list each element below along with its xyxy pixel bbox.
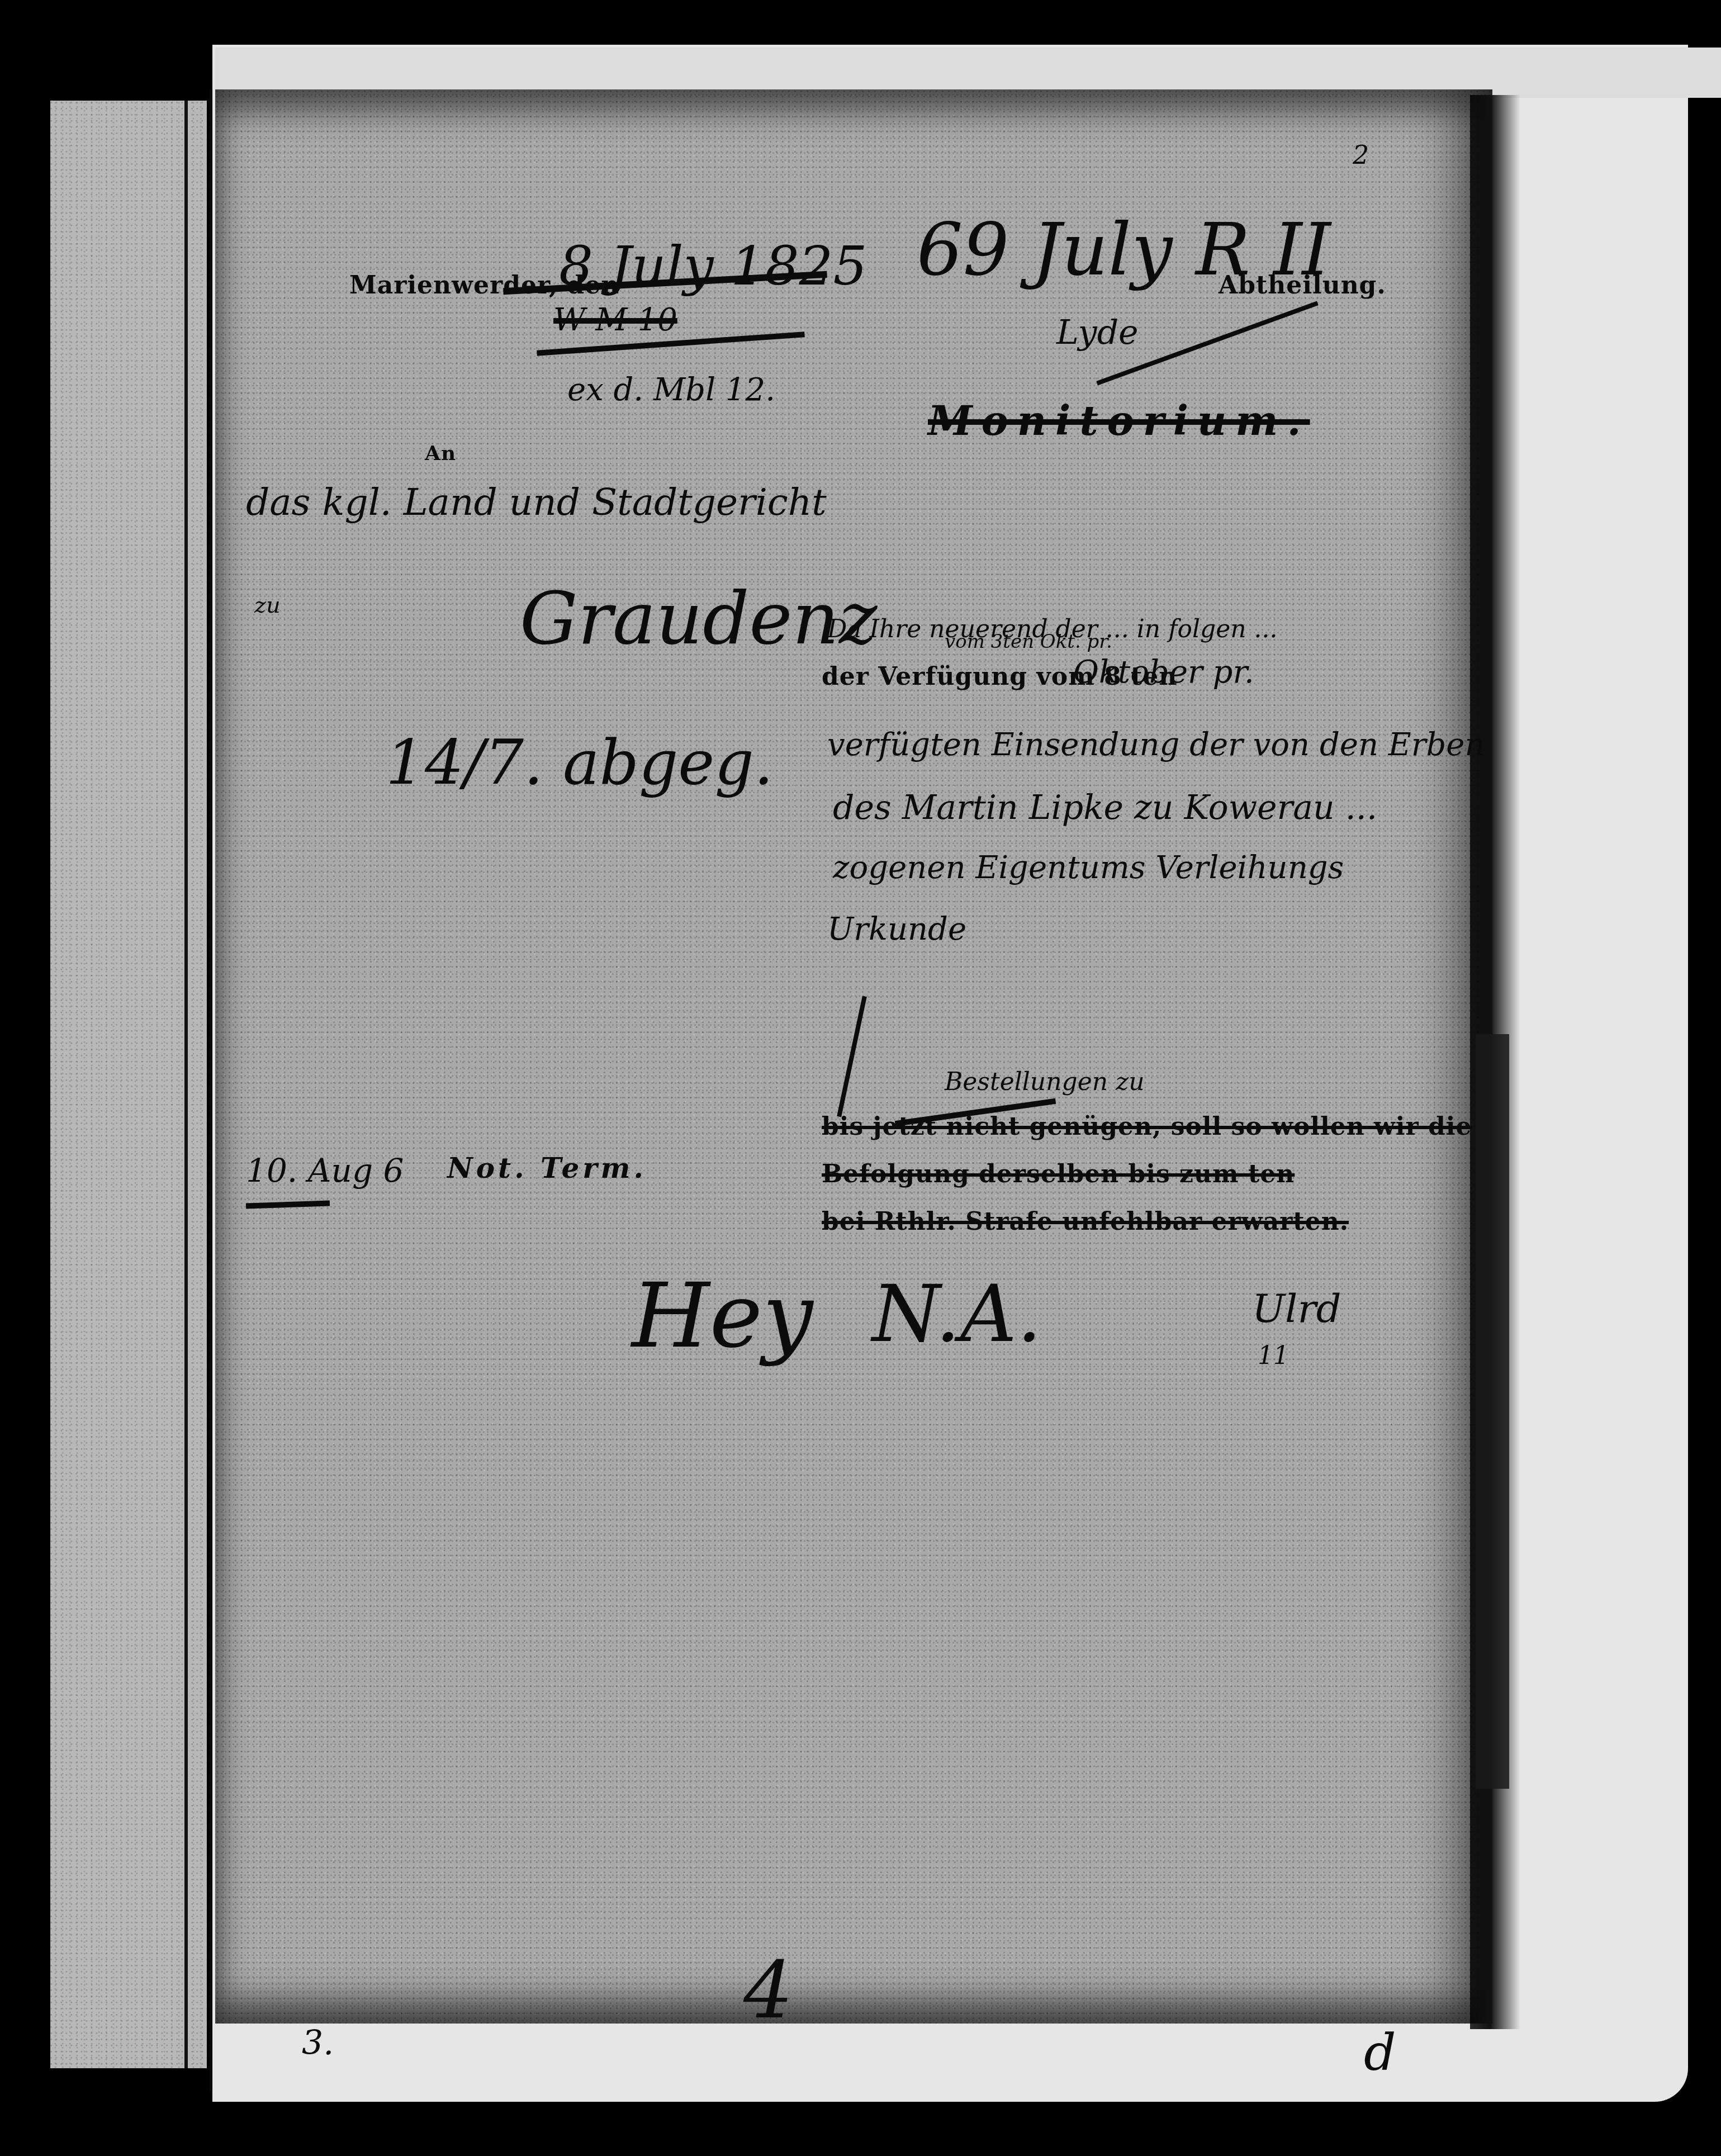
department-printed: Abtheilung. [1219, 271, 1386, 300]
clause-insert: Bestellungen zu [945, 1068, 1145, 1096]
body-line-1-insert: vom 3ten Okt. pr. [945, 631, 1112, 653]
term-date: 10. Aug 6 [246, 1152, 404, 1190]
clause-line-3: bei Rthlr. Strafe unfehlbar erwarten. [822, 1207, 1349, 1236]
page-number: 2 [1353, 140, 1369, 170]
signature-2: N.A. [872, 1269, 1042, 1360]
clause-line-2: Befolgung derselben bis zum ten [822, 1160, 1295, 1188]
dispatch-note: 14/7. abgeg. [386, 727, 774, 798]
body-line-6: Urkunde [827, 911, 966, 947]
torn-fold-strip [1476, 1034, 1509, 1789]
form-title: Monitorium. [928, 397, 1310, 444]
body-line-4: des Martin Lipke zu Kowerau ... [833, 788, 1377, 827]
body-line-5: zogenen Eigentums Verleihungs [833, 850, 1344, 886]
recipient-prefix: zu [254, 593, 281, 618]
signature-3-sub: 11 [1258, 1342, 1289, 1370]
date-correction-note: ex d. Mbl 12. [567, 372, 775, 408]
signature-1: Hey [632, 1263, 813, 1368]
spine-divider [210, 89, 212, 2091]
recipient-line: das kgl. Land und Stadtgericht [246, 481, 827, 524]
recipient-label: An [425, 442, 456, 465]
body-line-2-hand: Oktober pr. [1073, 654, 1254, 690]
department-initials: Lyde [1056, 313, 1139, 352]
recipient-city: Graudenz [520, 576, 878, 661]
footer-mark-left: 3. [302, 2024, 334, 2063]
signature-3: Ulrd [1252, 1286, 1341, 1331]
footer-mark-right: d [1364, 2024, 1396, 2082]
binding-edge [184, 101, 188, 2068]
body-line-3: verfügten Einsendung der von den Erben [827, 727, 1485, 763]
clause-line-1: bis jetzt nicht genügen, soll so wollen … [822, 1112, 1472, 1141]
date-correction-struck: W M 10 [553, 302, 677, 338]
term-label: Not. Term. [447, 1152, 647, 1184]
footer-mark-center: 4 [743, 1945, 793, 2036]
binding-strip [50, 101, 207, 2068]
